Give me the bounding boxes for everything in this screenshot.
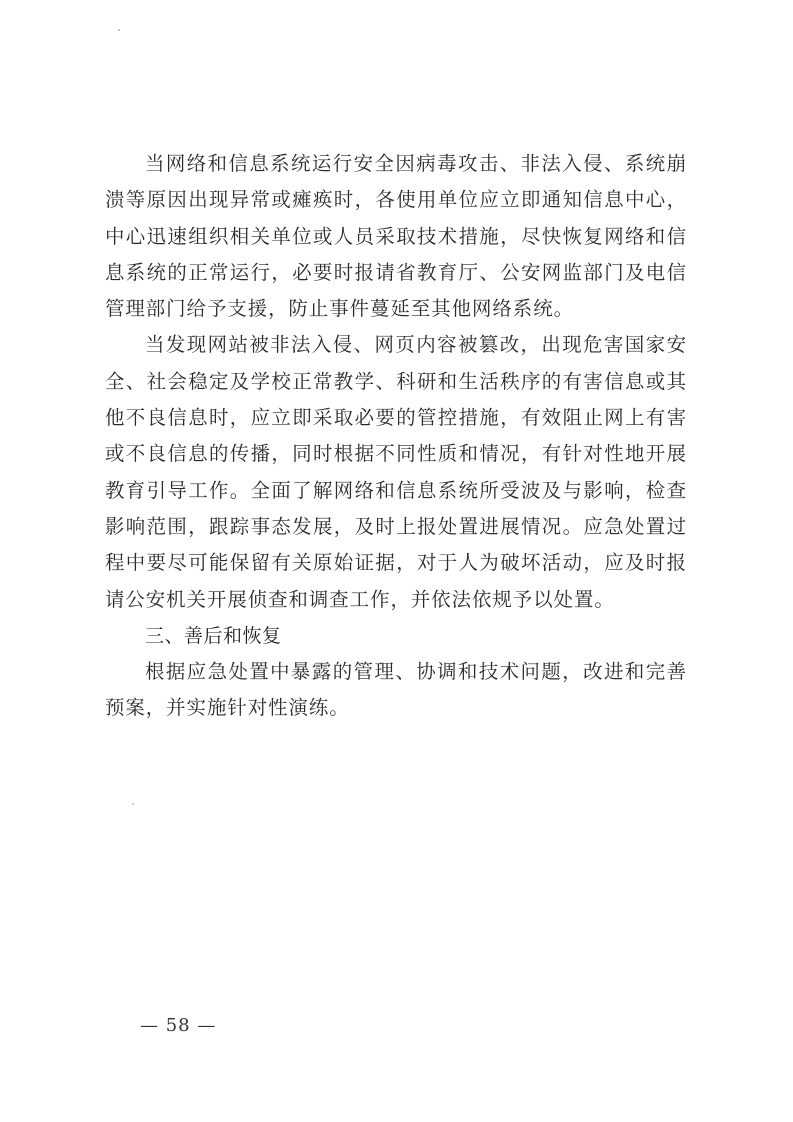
page-number: — 58 — — [140, 1015, 216, 1036]
scan-speck — [118, 29, 120, 31]
scan-speck — [132, 803, 134, 805]
paragraph-aftermath: 根据应急处置中暴露的管理、协调和技术问题，改进和完善预案，并实施针对性演练。 — [105, 654, 687, 727]
section-heading-aftermath: 三、善后和恢复 — [105, 618, 687, 654]
paragraph-incident-response: 当网络和信息系统运行安全因病毒攻击、非法入侵、系统崩溃等原因出现异常或瘫痪时，各… — [105, 146, 687, 327]
document-body: 当网络和信息系统运行安全因病毒攻击、非法入侵、系统崩溃等原因出现异常或瘫痪时，各… — [105, 146, 687, 727]
document-page: 当网络和信息系统运行安全因病毒攻击、非法入侵、系统崩溃等原因出现异常或瘫痪时，各… — [0, 0, 793, 1122]
paragraph-illegal-intrusion: 当发现网站被非法入侵、网页内容被篡改，出现危害国家安全、社会稳定及学校正常教学、… — [105, 327, 687, 617]
